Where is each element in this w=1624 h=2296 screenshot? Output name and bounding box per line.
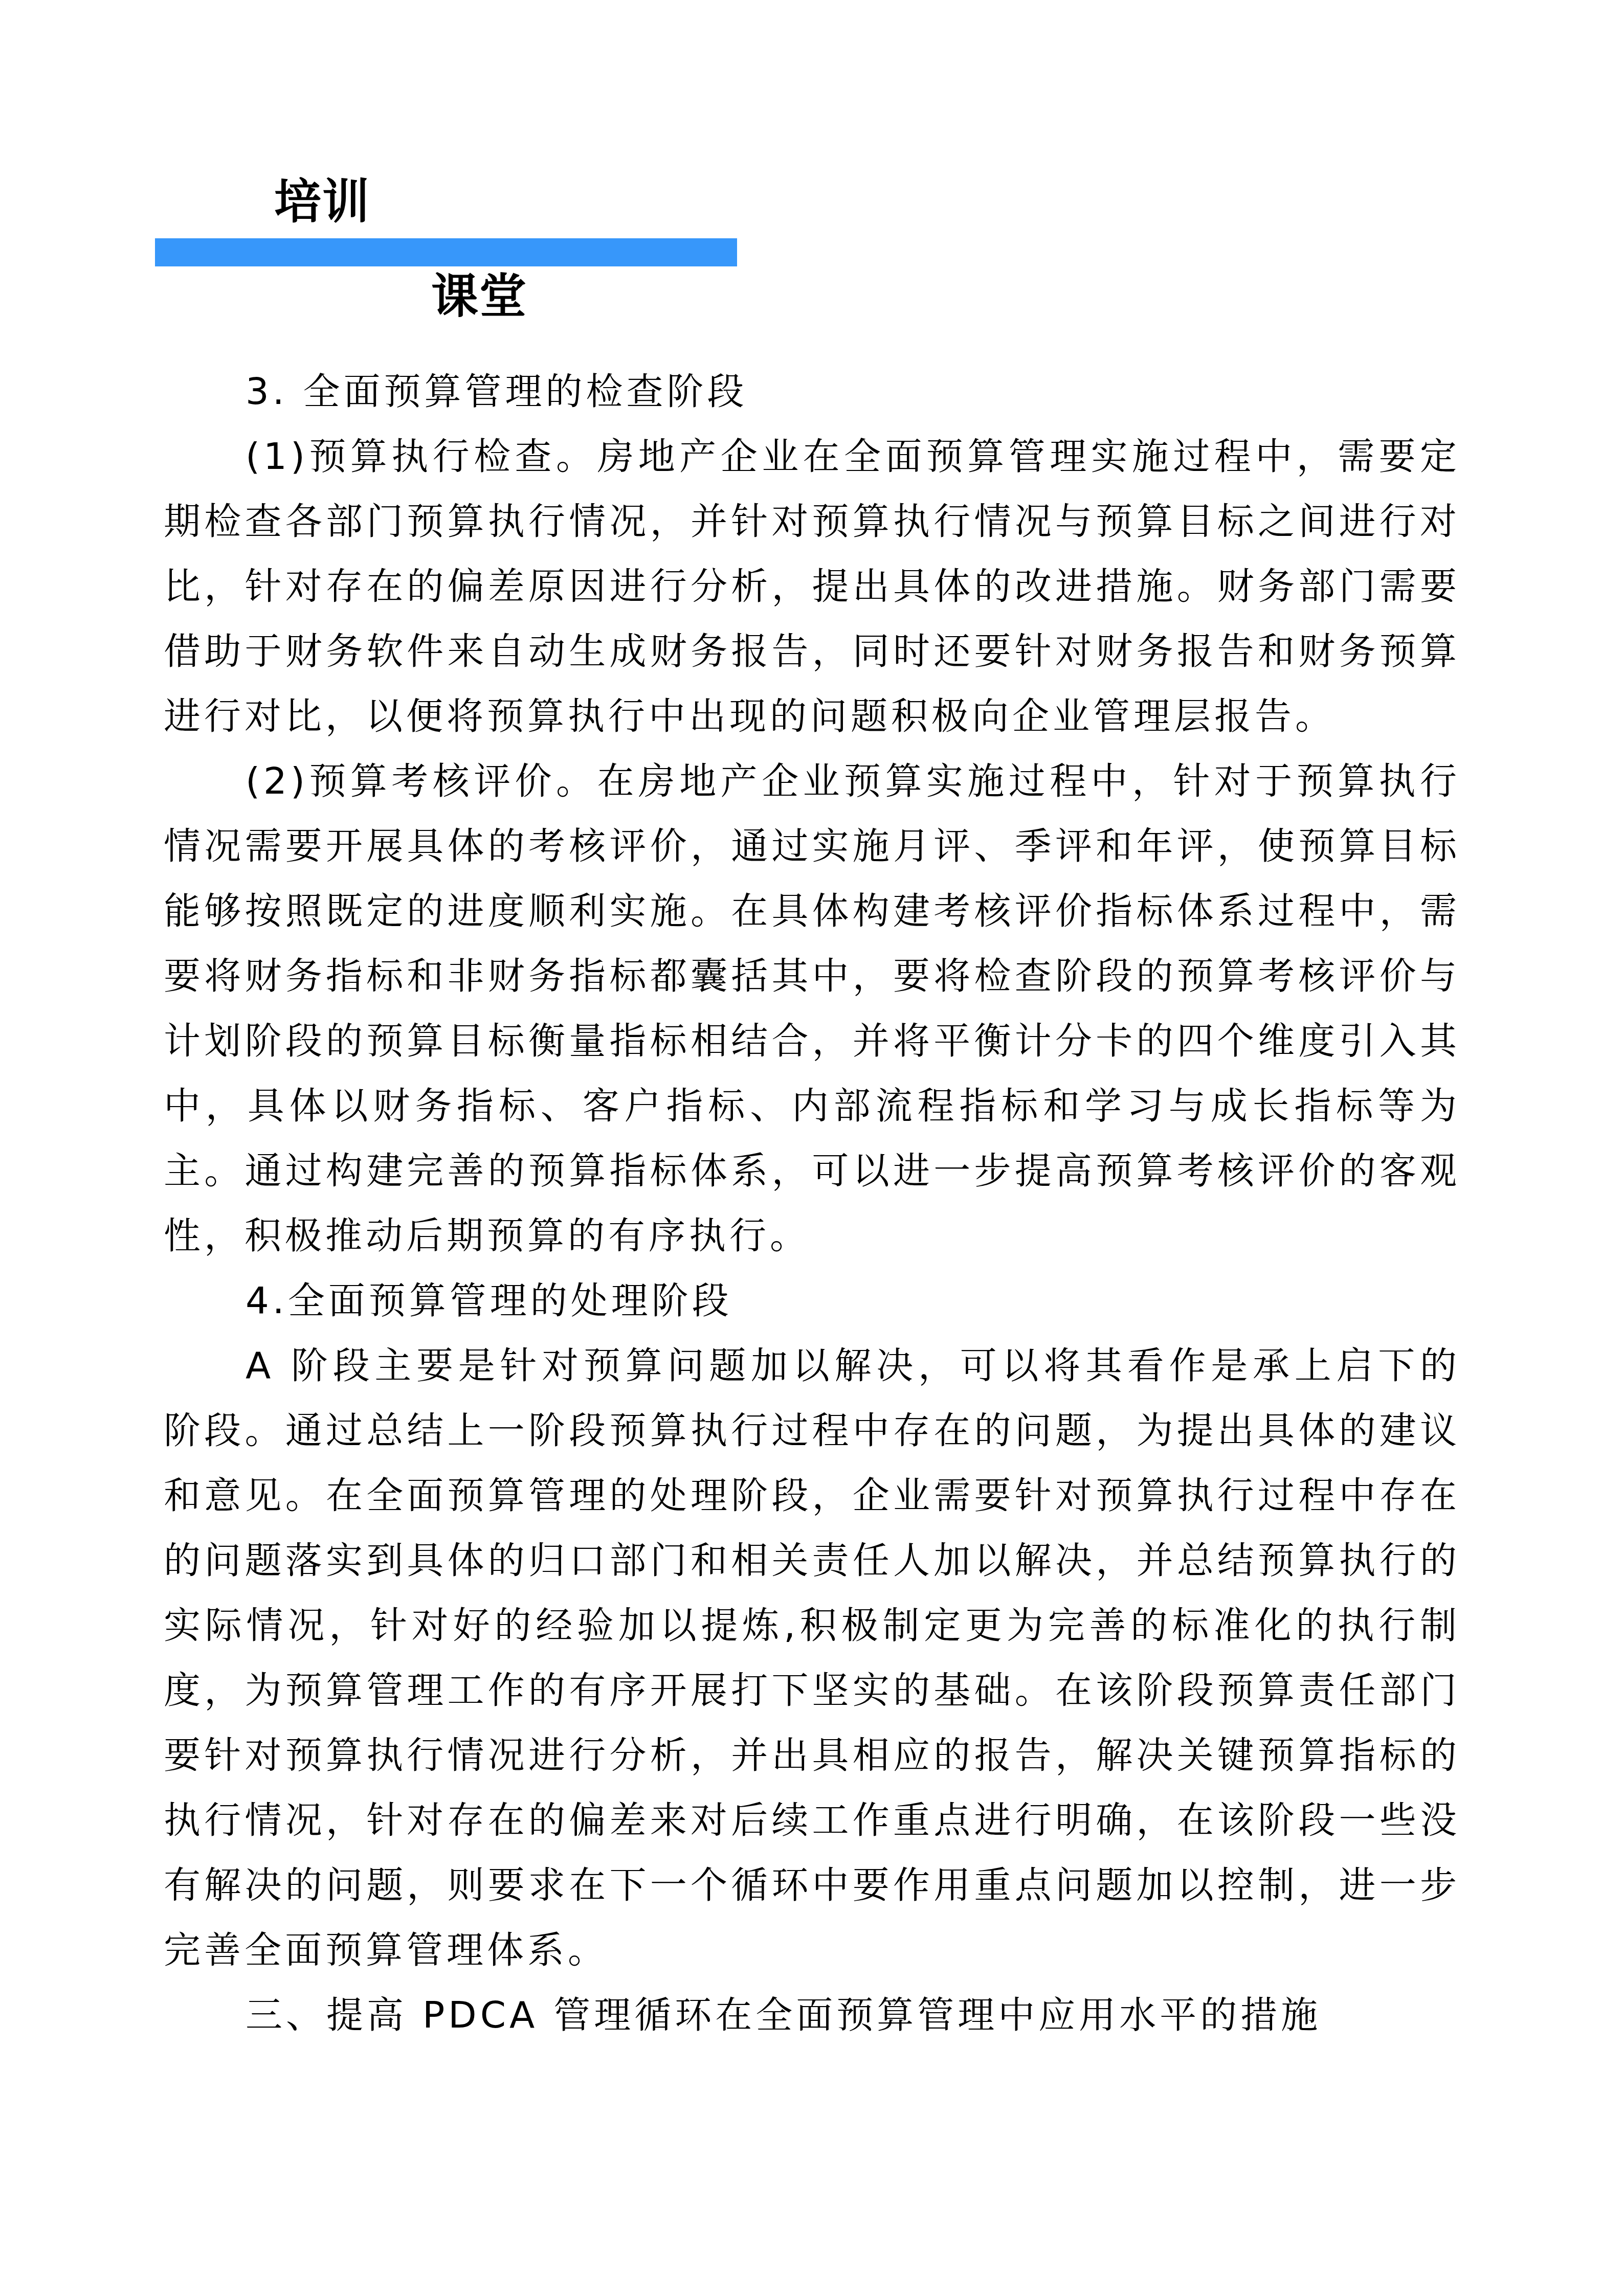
paragraph-action-stage: A 阶段主要是针对预算问题加以解决，可以将其看作是承上启下的阶段。通过总结上一阶…: [164, 1333, 1460, 1983]
paragraph-budget-execution-check: (1)预算执行检查。房地产企业在全面预算管理实施过程中，需要定期检查各部门预算执…: [164, 424, 1460, 749]
section-heading-check-stage: 3. 全面预算管理的检查阶段: [164, 359, 1460, 424]
section-heading-action-stage: 4.全面预算管理的处理阶段: [164, 1268, 1460, 1333]
section-heading-measures: 三、提高 PDCA 管理循环在全面预算管理中应用水平的措施: [164, 1983, 1460, 2047]
header-title-top: 培训: [274, 178, 370, 225]
header-title-bottom: 课堂: [431, 273, 527, 320]
document-body: 3. 全面预算管理的检查阶段 (1)预算执行检查。房地产企业在全面预算管理实施过…: [164, 359, 1460, 2047]
accent-bar: [155, 238, 737, 266]
paragraph-budget-assessment: (2)预算考核评价。在房地产企业预算实施过程中，针对于预算执行情况需要开展具体的…: [164, 749, 1460, 1268]
